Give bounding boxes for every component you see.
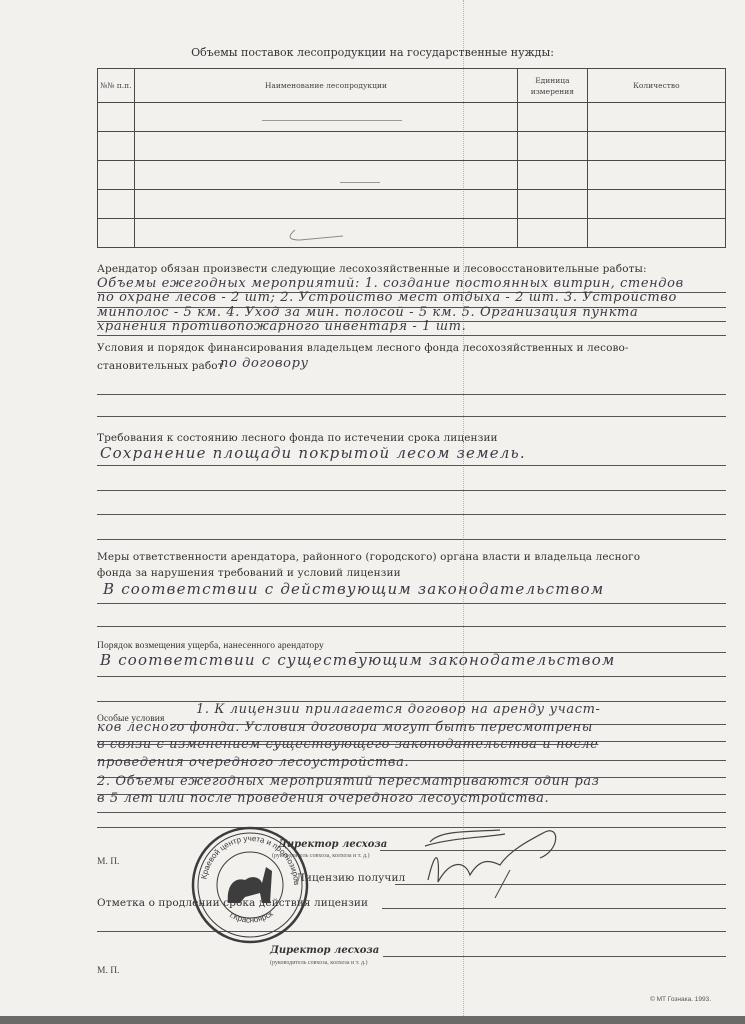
special-line-6: в 5 лет или после проведения очередного …	[97, 791, 549, 806]
damages-label: Порядок возмещения ущерба, нанесенного а…	[97, 641, 324, 651]
rule	[97, 812, 726, 813]
rule	[97, 394, 726, 395]
table-dash-mark	[340, 182, 380, 183]
cell	[518, 103, 588, 132]
cell	[98, 190, 135, 219]
scan-edge	[0, 1016, 745, 1024]
cell	[518, 190, 588, 219]
rule	[97, 465, 726, 466]
table-dash-mark	[262, 120, 402, 121]
table-row	[98, 132, 726, 161]
cell	[98, 132, 135, 161]
liability-value: В соответствии с действующим законодател…	[103, 580, 604, 598]
liability-label: Меры ответственности арендатора, районно…	[97, 551, 640, 563]
works-line-1: Объемы ежегодных мероприятий: 1. создани…	[97, 276, 684, 291]
financing-label-cont: становительных работ	[97, 360, 224, 372]
official-stamp: Краевой центр учета и прогнозирования г.…	[190, 825, 310, 945]
financing-label: Условия и порядок финансирования владель…	[97, 342, 629, 354]
rule	[97, 416, 726, 417]
financing-value: по договору	[220, 356, 309, 371]
requirements-label: Требования к состоянию лесного фонда по …	[97, 432, 498, 444]
svg-text:г.Красноярск: г.Красноярск	[228, 909, 275, 925]
rule	[97, 676, 726, 677]
table-row	[98, 103, 726, 132]
license-page: Объемы поставок лесопродукции на государ…	[0, 0, 745, 1024]
rule	[97, 626, 726, 627]
supply-table: №№ п.п. Наименование лесопродукции Едини…	[97, 68, 726, 248]
svg-text:Краевой центр учета и прогнози: Краевой центр учета и прогнозирования	[190, 825, 301, 885]
table-dash-mark	[285, 228, 345, 244]
signature-line	[383, 956, 726, 957]
cell	[518, 161, 588, 190]
col-unit: Единица измерения	[518, 69, 588, 103]
special-line-3: в связи с изменением существующего закон…	[97, 737, 598, 752]
table-row	[98, 190, 726, 219]
director2-label: Директор лесхоза	[270, 945, 379, 956]
cell	[134, 161, 517, 190]
damages-value: В соответствии с существующим законодате…	[100, 651, 616, 669]
cell	[134, 132, 517, 161]
table-row	[98, 219, 726, 248]
special-line-2: ков лесного фонда. Условия договора могу…	[97, 720, 593, 735]
cell	[518, 219, 588, 248]
cell	[518, 132, 588, 161]
special-line-5: 2. Объемы ежегодных мероприятий пересмат…	[97, 774, 599, 789]
works-label: Арендатор обязан произвести следующие ле…	[97, 263, 647, 275]
mp2-label: М. П.	[97, 966, 119, 976]
mp-label: М. П.	[97, 857, 119, 867]
table-row	[98, 161, 726, 190]
rule	[97, 514, 726, 515]
table-header-row: №№ п.п. Наименование лесопродукции Едини…	[98, 69, 726, 103]
col-product-name: Наименование лесопродукции	[134, 69, 517, 103]
col-number: №№ п.п.	[98, 69, 135, 103]
cell	[98, 161, 135, 190]
received-label: Лицензию получил	[296, 872, 405, 884]
copyright: © МТ Гознака. 1993.	[650, 996, 711, 1003]
special-line-1: 1. К лицензии прилагается договор на аре…	[196, 702, 601, 717]
director-signature	[410, 820, 580, 900]
cell	[587, 161, 725, 190]
rule	[97, 539, 726, 540]
requirements-value: Сохранение площади покрытой лесом земель…	[100, 444, 526, 462]
cell	[587, 132, 725, 161]
rule	[97, 490, 726, 491]
liability-label-cont: фонда за нарушения требований и условий …	[97, 567, 401, 579]
cell	[98, 103, 135, 132]
cell	[98, 219, 135, 248]
works-line-4: хранения противопожарного инвентаря - 1 …	[97, 319, 466, 334]
cell	[587, 219, 725, 248]
stamp-text-bottom: г.Красноярск	[228, 909, 275, 925]
director2-sub: (руководитель совхоза, колхоза и т. д.)	[270, 960, 368, 966]
rule	[97, 603, 726, 604]
page-title: Объемы поставок лесопродукции на государ…	[0, 46, 745, 59]
cell	[134, 190, 517, 219]
works-line-3: минполос - 5 км. 4. Уход за мин. полосой…	[97, 305, 638, 320]
rule	[382, 908, 726, 909]
col-quantity: Количество	[587, 69, 725, 103]
cell	[587, 190, 725, 219]
special-line-4: проведения очередного лесоустройства.	[97, 755, 409, 770]
works-line-2: по охране лесов - 2 шт; 2. Устройство ме…	[97, 290, 677, 305]
stamp-text-top: Краевой центр учета и прогнозирования	[190, 825, 301, 885]
rule	[97, 335, 726, 336]
cell	[134, 103, 517, 132]
cell	[587, 103, 725, 132]
